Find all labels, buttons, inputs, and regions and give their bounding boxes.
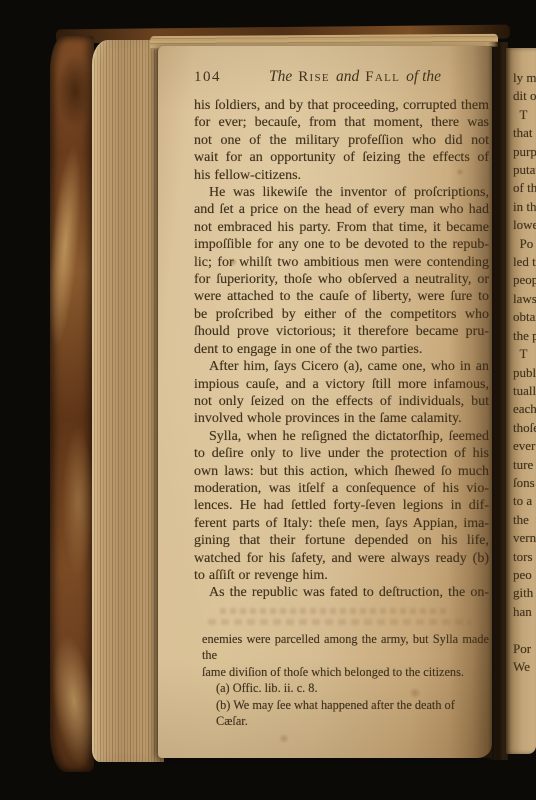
next-page-line: T: [513, 106, 536, 124]
body-line: own laws: but this action, which ſhewed …: [194, 463, 489, 480]
body-line: Sylla, when he reſigned the dictatorſhip…: [194, 428, 489, 445]
page-number: 104: [194, 69, 221, 86]
body-line: wait for an opportunity of ſeizing the e…: [194, 149, 489, 166]
body-line: for ever; becauſe, from that moment, the…: [194, 114, 489, 131]
paragraph: his ſoldiers, and by that proceeding, co…: [194, 97, 489, 184]
body-line: After him, ſays Cicero (a), came one, wh…: [194, 358, 489, 375]
next-page-line: in th: [513, 198, 536, 216]
footnote-line: enemies were parcelled among the army, b…: [202, 631, 489, 664]
body-line: impious cauſe, and a victory ſtill more …: [194, 376, 489, 393]
body-line: not embraced his party. From that time, …: [194, 219, 489, 236]
next-page-line: We: [513, 658, 536, 676]
text-column: 104 TheRiseandFallof the his ſoldiers, a…: [194, 68, 489, 730]
leather-dark-blotch: [58, 56, 92, 126]
next-page-line: T: [513, 345, 536, 363]
running-title: TheRiseandFallof the: [221, 68, 489, 86]
footnotes: enemies were parcelled among the army, b…: [202, 631, 489, 730]
next-page-line: peo: [513, 566, 536, 584]
body-line: lic; for whilſt two ambitious men were c…: [194, 254, 489, 271]
body-line: involved whole provinces in the ſame cal…: [194, 410, 489, 427]
body-line: moderation, was itſelf a conſequence of …: [194, 480, 489, 497]
body-line: gining that their fortune depended on hi…: [194, 532, 489, 549]
book-page: 104 TheRiseandFallof the his ſoldiers, a…: [158, 46, 492, 758]
footnote-line: ſame diviſion of thoſe which belonged to…: [202, 664, 489, 681]
next-page-line: to a: [513, 492, 536, 510]
body-line: lences. He had ſettled forty-ſeven legio…: [194, 497, 489, 514]
next-page-line: laws: [513, 290, 536, 308]
next-page-line: purp: [513, 143, 536, 161]
running-title-part: of the: [406, 68, 441, 85]
body-line: dent to engage in one of the two parties…: [194, 341, 489, 358]
ink-bleedthrough: [206, 605, 483, 629]
body-line: not only ſeized on the effects of indivi…: [194, 393, 489, 410]
body-line: impoſſible for any one to be devoted to …: [194, 236, 489, 253]
leather-tear-patch: [62, 426, 94, 576]
next-page-line: ture: [513, 456, 536, 474]
paragraph: After him, ſays Cicero (a), came one, wh…: [194, 358, 489, 428]
body-line: watched for his ſafety, and were always …: [194, 550, 489, 567]
next-page-line: tuall: [513, 382, 536, 400]
next-page-line: obtai: [513, 308, 536, 326]
next-page-line: of th: [513, 179, 536, 197]
next-page-line: gith: [513, 584, 536, 602]
next-page-line: Po: [513, 235, 536, 253]
page-header: 104 TheRiseandFallof the: [194, 68, 489, 92]
body-line: for ſuperiority, thoſe who obſerved a ne…: [194, 271, 489, 288]
next-page-line: led t: [513, 253, 536, 271]
body-line: his fellow-citizens.: [194, 167, 489, 184]
next-page-line: tors: [513, 548, 536, 566]
next-page-line: dit o: [513, 87, 536, 105]
next-page-line: ly m: [513, 69, 536, 87]
foxing-spot: [278, 734, 290, 743]
body-line: his ſoldiers, and by that proceeding, co…: [194, 97, 489, 114]
next-page-line: thoſe: [513, 419, 536, 437]
body-line: to deſire only to live under the protect…: [194, 445, 489, 462]
body-line: ferent parts of Italy: theſe men, ſays A…: [194, 515, 489, 532]
running-title-part: and: [336, 68, 359, 85]
paragraph: He was likewiſe the inventor of proſcrip…: [194, 184, 489, 358]
page-stack-edge: [92, 40, 164, 762]
next-page-line: ſons: [513, 474, 536, 492]
paragraph: As the republic was fated to deſtruction…: [194, 584, 489, 601]
running-title-part: Rise: [298, 69, 330, 85]
body-line: not one of the military profeſſion who d…: [194, 132, 489, 149]
running-title-part: The: [269, 68, 292, 85]
next-page-line: [513, 621, 536, 639]
paragraph: Sylla, when he reſigned the dictatorſhip…: [194, 428, 489, 585]
body-line: to aſſiſt or revenge him.: [194, 567, 489, 584]
body-line: He was likewiſe the inventor of proſcrip…: [194, 184, 489, 201]
leather-tear-patch: [50, 634, 94, 768]
page-body: his ſoldiers, and by that proceeding, co…: [194, 97, 489, 602]
running-title-part: Fall: [365, 69, 400, 85]
next-page-line: the: [513, 511, 536, 529]
next-page-sliver: ly mdit o Tthatpurpputatof thin thlowe P…: [506, 48, 536, 754]
book-photo: 104 TheRiseandFallof the his ſoldiers, a…: [0, 0, 536, 800]
body-line: were attached to the cauſe of liberty, w…: [194, 288, 489, 305]
next-page-line: lowe: [513, 216, 536, 234]
body-line: As the republic was fated to deſtruction…: [194, 584, 489, 601]
body-line: ſhould prove victorious; it therefore be…: [194, 323, 489, 340]
footnote-line: (b) We may ſee what happened after the d…: [202, 697, 489, 730]
book-spine-leather: [50, 36, 94, 772]
next-page-line: ever: [513, 437, 536, 455]
next-page-line: that: [513, 124, 536, 142]
next-page-text: ly mdit o Tthatpurpputatof thin thlowe P…: [506, 48, 536, 676]
next-page-line: putat: [513, 161, 536, 179]
body-line: be proſcribed by either of the competito…: [194, 306, 489, 323]
next-page-line: each: [513, 400, 536, 418]
next-page-line: Por: [513, 640, 536, 658]
next-page-line: han: [513, 603, 536, 621]
next-page-line: the p: [513, 327, 536, 345]
next-page-line: vern: [513, 529, 536, 547]
body-line: and ſet a price on the head of every man…: [194, 201, 489, 218]
leather-tear-patch: [50, 145, 87, 347]
footnote-line: (a) Offic. lib. ii. c. 8.: [202, 680, 489, 697]
next-page-line: peop: [513, 271, 536, 289]
next-page-line: publ: [513, 364, 536, 382]
